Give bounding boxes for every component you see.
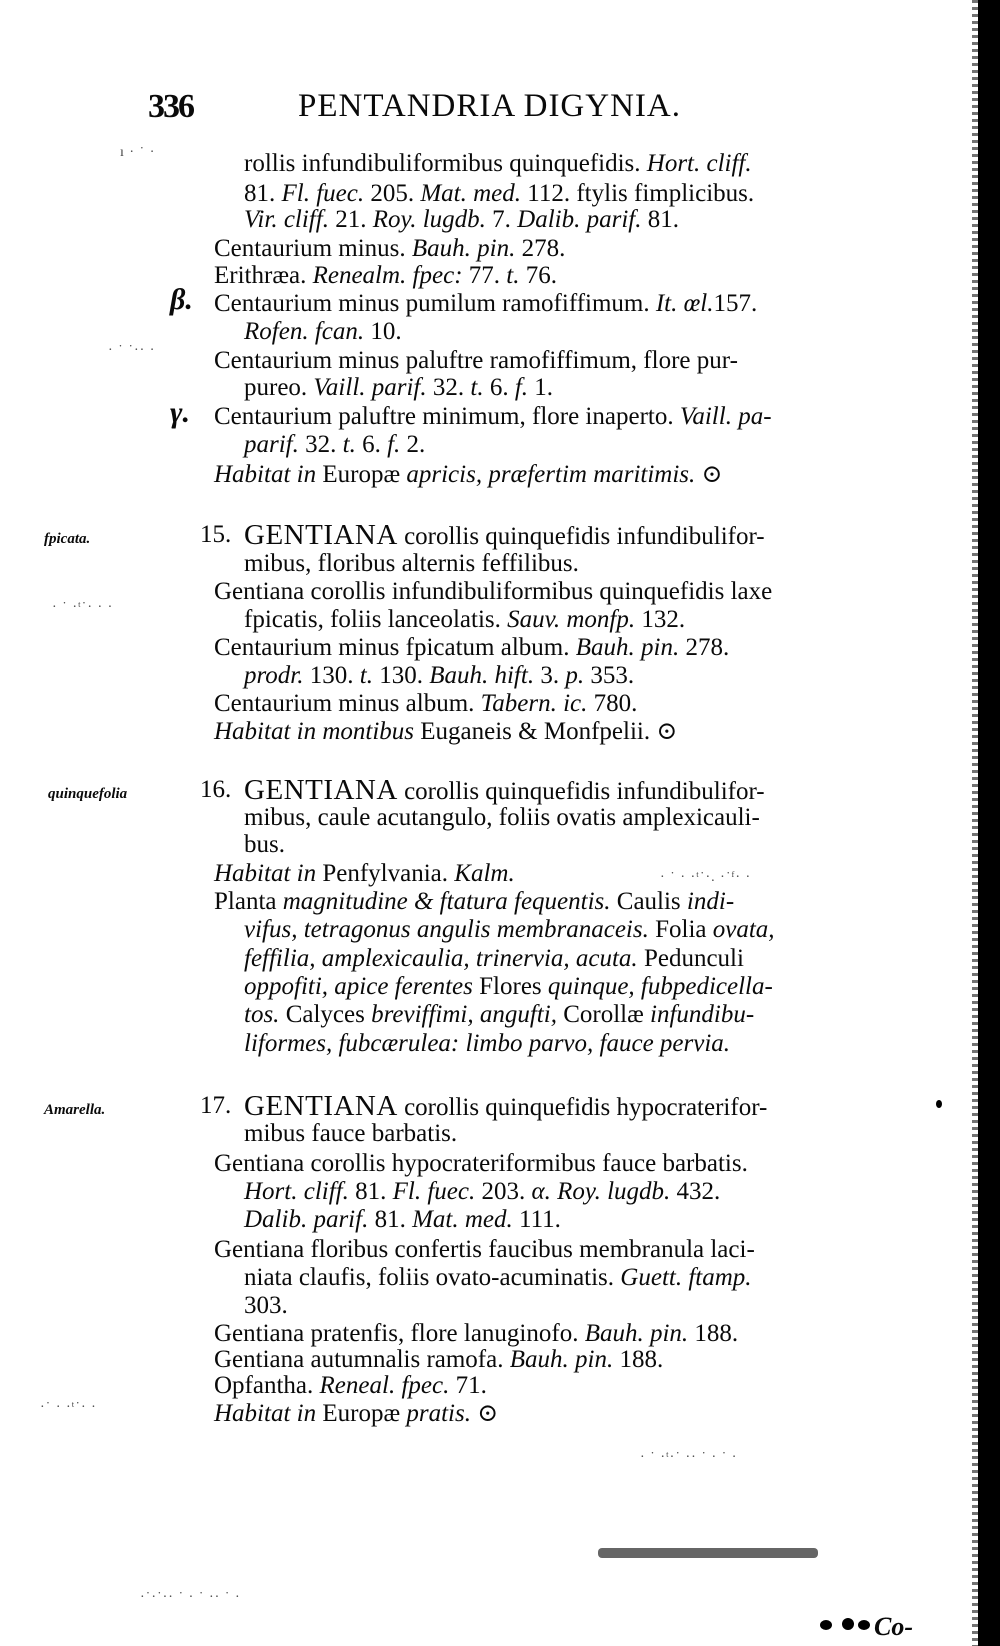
- italic-citation: Dalib. parif.: [517, 206, 641, 233]
- text-line: Centaurium minus fpicatum album. Bauh. p…: [214, 634, 729, 662]
- text-line: liformes, fubcærulea: limbo parvo, fauce…: [244, 1030, 730, 1058]
- text-line: Habitat in Europæ pratis. ⊙: [214, 1400, 498, 1428]
- text-line: 81. Fl. fuec. 205. Mat. med. 112. ftylis…: [244, 180, 754, 208]
- text-run: 111.: [513, 1206, 561, 1233]
- text-run: Gentiana pratenfis, flore lanuginofo.: [214, 1320, 585, 1347]
- italic-citation: tos.: [244, 1001, 279, 1028]
- italic-citation: Habitat in: [214, 860, 316, 887]
- text-line: 303.: [244, 1292, 288, 1320]
- text-run: 353.: [584, 662, 634, 689]
- italic-citation: pratis.: [406, 1400, 471, 1427]
- species-entry-heading: fpicata.15.GENTIANA corollis quinquefidi…: [244, 521, 765, 551]
- text-run: bus.: [244, 831, 285, 858]
- italic-citation: breviffimi, angufti,: [371, 1001, 557, 1028]
- page-number: 336: [148, 88, 193, 126]
- text-run: corollis quinquefidis infundibulifor-: [398, 778, 765, 805]
- italic-citation: Renealm. fpec:: [313, 262, 463, 289]
- text-line: Rofen. fcan. 10.: [244, 318, 402, 346]
- text-run: 157.: [714, 290, 758, 317]
- text-run: Penfylvania.: [316, 860, 454, 887]
- text-run: 81.: [244, 180, 282, 207]
- italic-citation: apricis, præfertim maritimis.: [406, 461, 695, 488]
- text-run: Centaurium minus.: [214, 235, 412, 262]
- text-run: corollis quinquefidis hypocraterifor-: [398, 1094, 768, 1121]
- italic-citation: Vir. cliff.: [244, 206, 329, 233]
- species-number: 16.: [200, 776, 231, 804]
- italic-citation: Habitat in: [214, 461, 316, 488]
- text-line: vifus, tetragonus angulis membranaceis. …: [244, 916, 775, 944]
- italic-citation: Rofen. fcan.: [244, 318, 364, 345]
- text-line: niata claufis, foliis ovato-acuminatis. …: [244, 1264, 752, 1292]
- text-run: Centaurium minus album.: [214, 690, 481, 717]
- italic-citation: t.: [360, 662, 373, 689]
- text-run: 278.: [515, 235, 565, 262]
- genus-name: GENTIANA: [244, 774, 398, 806]
- text-run: 32.: [299, 431, 343, 458]
- italic-citation: indi-: [687, 888, 734, 915]
- text-run: 3.: [534, 662, 565, 689]
- text-run: Corollæ: [557, 1001, 650, 1028]
- margin-species-name: Amarella.: [44, 1096, 105, 1124]
- scan-noise: ·˙ · ·ᵗ˙· ·: [40, 1400, 97, 1416]
- text-run: Euganeis & Monfpelii. ⊙: [414, 718, 677, 745]
- text-run: Planta: [214, 888, 283, 915]
- text-line: feffilia, amplexicaulia, trinervia, acut…: [244, 945, 744, 973]
- italic-citation: Fl. fuec.: [282, 180, 365, 207]
- text-run: 7.: [486, 206, 517, 233]
- scan-speck: [936, 1100, 942, 1108]
- text-run: Centaurium paluftre minimum, flore inape…: [214, 403, 680, 430]
- text-line: bus.: [244, 831, 285, 859]
- text-run: Gentiana floribus confertis faucibus mem…: [214, 1236, 755, 1263]
- italic-citation: Bauh. pin.: [510, 1346, 613, 1373]
- text-run: 112. ftylis fimplicibus.: [521, 180, 754, 207]
- italic-citation: p.: [565, 662, 584, 689]
- text-line: tos. Calyces breviffimi, angufti, Coroll…: [244, 1001, 754, 1029]
- text-line: Planta magnitudine & ftatura fequentis. …: [214, 888, 734, 916]
- text-run: 2.: [400, 431, 425, 458]
- text-line: Habitat in Penfylvania. Kalm.: [214, 860, 515, 888]
- catchword: Co-: [874, 1612, 913, 1642]
- scan-smear: [598, 1548, 818, 1558]
- text-line: Centaurium minus album. Tabern. ic. 780.: [214, 690, 637, 718]
- text-run: 203.: [475, 1178, 531, 1205]
- text-run: Centaurium minus paluftre ramofiffimum, …: [214, 347, 738, 374]
- italic-citation: Dalib. parif.: [244, 1206, 368, 1233]
- text-line: prodr. 130. t. 130. Bauh. hift. 3. p. 35…: [244, 662, 634, 690]
- variety-marker: β.: [170, 286, 193, 314]
- italic-citation: magnitudine & ftatura fequentis.: [283, 888, 611, 915]
- italic-citation: Reneal. fpec.: [320, 1372, 450, 1399]
- text-line: Centaurium minus paluftre ramofiffimum, …: [214, 347, 738, 375]
- text-line: fpicatis, foliis lanceolatis. Sauv. monf…: [244, 606, 685, 634]
- italic-citation: Bauh. pin.: [576, 634, 679, 661]
- italic-citation: t.: [343, 431, 356, 458]
- scan-noise: · ˙ ˙·· ·: [108, 343, 155, 359]
- scan-noise: · ˙ ·ᵗ˙· · ·: [52, 600, 113, 616]
- text-line: rollis infundibuliformibus quinquefidis.…: [244, 150, 752, 178]
- text-run: mibus, caule acutangulo, foliis ovatis a…: [244, 804, 760, 831]
- text-run: Europæ: [316, 1400, 406, 1427]
- italic-citation: Kalm.: [454, 860, 514, 887]
- italic-citation: Vaill. pa-: [680, 403, 772, 430]
- text-run: corollis quinquefidis infundibulifor-: [398, 523, 765, 550]
- italic-citation: infundibu-: [650, 1001, 754, 1028]
- italic-citation: ovata,: [713, 916, 775, 943]
- italic-citation: f.: [387, 431, 400, 458]
- running-title: PENTANDRIA DIGYNIA.: [298, 88, 681, 125]
- text-run: Europæ: [316, 461, 406, 488]
- scan-noise: · ˙ · ·ᵗ˙·. ·˙ᶠ· ·: [660, 870, 751, 886]
- text-run: Gentiana corollis infundibuliformibus qu…: [214, 578, 772, 605]
- text-line: Gentiana corollis hypocrateriformibus fa…: [214, 1150, 748, 1178]
- italic-citation: prodr.: [244, 662, 304, 689]
- scan-speck: [820, 1620, 832, 1630]
- italic-citation: Bauh. pin.: [585, 1320, 688, 1347]
- text-run: fpicatis, foliis lanceolatis.: [244, 606, 507, 633]
- text-line: Habitat in Europæ apricis, præfertim mar…: [214, 461, 723, 489]
- scan-noise: ı · ˙ ·: [120, 145, 155, 161]
- variety-marker: γ.: [170, 399, 190, 427]
- text-line: Gentiana corollis infundibuliformibus qu…: [214, 578, 772, 606]
- text-line: mibus, floribus alternis feffilibus.: [244, 550, 579, 578]
- text-run: 76.: [519, 262, 557, 289]
- text-line: parif. 32. t. 6. f. 2.: [244, 431, 425, 459]
- species-number: 15.: [200, 521, 231, 549]
- italic-citation: Tabern. ic.: [481, 690, 588, 717]
- text-run: 77.: [463, 262, 507, 289]
- scan-speck: [842, 1618, 854, 1630]
- text-line: Vir. cliff. 21. Roy. lugdb. 7. Dalib. pa…: [244, 206, 679, 234]
- text-run: Opfantha.: [214, 1372, 320, 1399]
- page-header: 336 PENTANDRIA DIGYNIA.: [148, 88, 928, 136]
- italic-citation: Mat. med.: [412, 1206, 513, 1233]
- text-run: Folia: [649, 916, 713, 943]
- species-number: 17.: [200, 1092, 231, 1120]
- text-run: Calyces: [279, 1001, 371, 1028]
- text-run: mibus fauce barbatis.: [244, 1120, 457, 1147]
- text-run: Caulis: [611, 888, 687, 915]
- text-run: Pedunculi: [638, 945, 744, 972]
- genus-name: GENTIANA: [244, 1090, 398, 1122]
- text-run: 6.: [484, 374, 515, 401]
- text-run: 188.: [688, 1320, 738, 1347]
- text-line: Erithræa. Renealm. fpec: 77. t. 76.: [214, 262, 557, 290]
- text-run: rollis infundibuliformibus quinquefidis.: [244, 150, 647, 177]
- text-line: pureo. Vaill. parif. 32. t. 6. f. 1.: [244, 374, 553, 402]
- page-edge-fringe: [972, 0, 978, 1646]
- italic-citation: Mat. med.: [420, 180, 521, 207]
- text-run: mibus, floribus alternis feffilibus.: [244, 550, 579, 577]
- italic-citation: liformes, fubcærulea: limbo parvo, fauce…: [244, 1030, 730, 1057]
- text-run: 1.: [528, 374, 553, 401]
- text-run: 278.: [679, 634, 729, 661]
- italic-citation: Vaill. parif.: [313, 374, 426, 401]
- text-run: 205.: [364, 180, 420, 207]
- text-line: Hort. cliff. 81. Fl. fuec. 203. α. Roy. …: [244, 1178, 720, 1206]
- text-line: Gentiana autumnalis ramofa. Bauh. pin. 1…: [214, 1346, 663, 1374]
- margin-species-name: fpicata.: [44, 525, 90, 553]
- text-run: 71.: [449, 1372, 487, 1399]
- text-run: 81.: [368, 1206, 412, 1233]
- species-entry-heading: quinquefolia16.GENTIANA corollis quinque…: [244, 776, 765, 806]
- italic-citation: Fl. fuec.: [393, 1178, 476, 1205]
- page-edge-shadow: [978, 0, 1000, 1646]
- italic-citation: quinque, fubpedicella-: [548, 973, 773, 1000]
- text-run: Erithræa.: [214, 262, 313, 289]
- text-line: oppofiti, apice ferentes Flores quinque,…: [244, 973, 773, 1001]
- italic-citation: f.: [515, 374, 528, 401]
- text-line: mibus, caule acutangulo, foliis ovatis a…: [244, 804, 760, 832]
- italic-citation: Roy. lugdb.: [373, 206, 486, 233]
- text-run: 432.: [670, 1178, 720, 1205]
- italic-citation: oppofiti, apice ferentes: [244, 973, 473, 1000]
- italic-citation: Hort. cliff.: [647, 150, 752, 177]
- text-run: ⊙: [471, 1400, 498, 1427]
- italic-citation: t.: [506, 262, 519, 289]
- italic-citation: Habitat in: [214, 1400, 316, 1427]
- text-run: ⊙: [695, 461, 722, 488]
- text-run: 780.: [587, 690, 637, 717]
- italic-citation: vifus, tetragonus angulis membranaceis.: [244, 916, 649, 943]
- text-run: 21.: [329, 206, 373, 233]
- text-run: 303.: [244, 1292, 288, 1319]
- text-run: Flores: [473, 973, 548, 1000]
- italic-citation: α. Roy. lugdb.: [531, 1178, 670, 1205]
- italic-citation: Guett. ftamp.: [620, 1264, 751, 1291]
- text-run: 130.: [304, 662, 360, 689]
- scan-speck: [858, 1620, 870, 1630]
- species-entry-heading: Amarella.17.GENTIANA corollis quinquefid…: [244, 1092, 767, 1122]
- text-run: Centaurium minus fpicatum album.: [214, 634, 576, 661]
- text-run: 81.: [349, 1178, 393, 1205]
- text-run: niata claufis, foliis ovato-acuminatis.: [244, 1264, 620, 1291]
- italic-citation: Hort. cliff.: [244, 1178, 349, 1205]
- text-run: 10.: [364, 318, 402, 345]
- margin-species-name: quinquefolia: [48, 780, 127, 808]
- italic-citation: feffilia, amplexicaulia, trinervia, acut…: [244, 945, 638, 972]
- text-line: Centaurium minus. Bauh. pin. 278.: [214, 235, 565, 263]
- text-run: 32.: [427, 374, 471, 401]
- text-run: Gentiana autumnalis ramofa.: [214, 1346, 510, 1373]
- text-run: 188.: [613, 1346, 663, 1373]
- text-line: Opfantha. Reneal. fpec. 71.: [214, 1372, 487, 1400]
- text-run: 6.: [356, 431, 387, 458]
- italic-citation: It. œl.: [656, 290, 714, 317]
- italic-citation: Bauh. hift.: [429, 662, 534, 689]
- text-line: Gentiana floribus confertis faucibus mem…: [214, 1236, 755, 1264]
- scan-noise: ·˙·˙·· ˙ · ˙ ·· ˙ ·: [140, 1590, 241, 1606]
- italic-citation: Bauh. pin.: [412, 235, 515, 262]
- text-line: Dalib. parif. 81. Mat. med. 111.: [244, 1206, 561, 1234]
- text-run: 132.: [635, 606, 685, 633]
- text-run: Gentiana corollis hypocrateriformibus fa…: [214, 1150, 748, 1177]
- text-line: Habitat in montibus Euganeis & Monfpelii…: [214, 718, 677, 746]
- italic-citation: parif.: [244, 431, 299, 458]
- italic-citation: t.: [470, 374, 483, 401]
- text-line: Gentiana pratenfis, flore lanuginofo. Ba…: [214, 1320, 738, 1348]
- text-run: 81.: [641, 206, 679, 233]
- text-run: pureo.: [244, 374, 313, 401]
- text-line: γ.Centaurium paluftre minimum, flore ina…: [214, 403, 772, 431]
- italic-citation: Sauv. monfp.: [507, 606, 635, 633]
- genus-name: GENTIANA: [244, 519, 398, 551]
- text-run: 130.: [373, 662, 429, 689]
- italic-citation: Habitat in montibus: [214, 718, 414, 745]
- scan-noise: · ˙ ·ᵗ·˙ ·· ˙ · ˙ ·: [640, 1450, 737, 1466]
- text-line: β.Centaurium minus pumilum ramofiffimum.…: [214, 290, 757, 318]
- text-run: Centaurium minus pumilum ramofiffimum.: [214, 290, 656, 317]
- text-line: mibus fauce barbatis.: [244, 1120, 457, 1148]
